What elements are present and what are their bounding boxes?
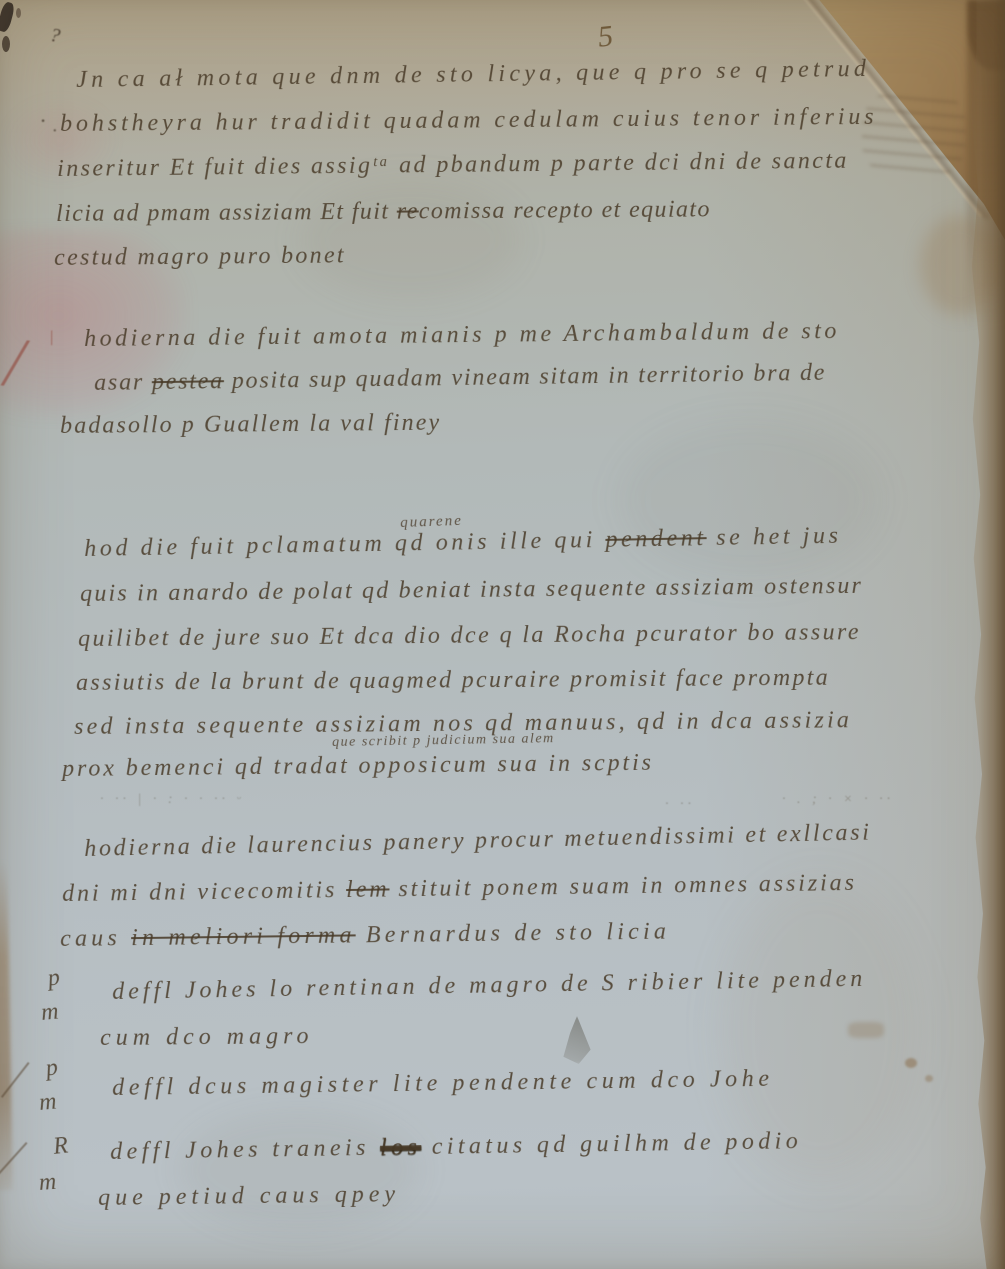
paper-mottle-2 [620, 420, 880, 580]
line-text: quilibet de jure suo Et dca dio dce q la… [78, 619, 861, 652]
manuscript-line: prox bemenci qd tradat opposicum sua in … [62, 751, 654, 781]
stray-question-mark: ? [48, 24, 62, 48]
gray-smudge [560, 1016, 594, 1064]
manuscript-line: hodierna die laurencius panery procur me… [84, 821, 872, 861]
margin-siglum-m: m [38, 1169, 57, 1197]
line-text: Jn ca ał mota que dnm de sto licya, que … [76, 56, 870, 93]
page-edge-right-top-dark [967, 0, 1005, 330]
faint-ink-ghost [848, 1022, 884, 1038]
manuscript-page: ? · · 5 Jn ca ał mota que dnm de sto lic… [0, 0, 1005, 1269]
line-text: comissa recepto et equiato [419, 196, 711, 224]
page-number: 5 [596, 19, 614, 54]
manuscript-line: hodierna die fuit amota mianis p me Arch… [84, 319, 840, 351]
line-text: cestud magro puro bonet [54, 242, 346, 271]
line-text: stituit ponem suam in omnes assizias [389, 870, 857, 903]
entry-line: deffl dcus magister lite pendente cum dc… [112, 1067, 774, 1100]
stray-dot-1: · [40, 108, 46, 134]
manuscript-line: asar pestea posita sup quadam vineam sit… [94, 361, 826, 395]
line-text-struck: lem [346, 876, 390, 903]
line-text-struck: re [397, 198, 419, 224]
ghost-marks: · ·· | · : · · ·· ᵕ [100, 793, 245, 807]
ghost-marks: · . ; · × · ·· [782, 793, 894, 807]
line-text: que scribit p judicium sua alem [332, 731, 555, 750]
line-text: quarene [400, 513, 463, 531]
line-text: deffl Johes traneis [110, 1135, 380, 1165]
page-edge-left-bottom [0, 860, 13, 1190]
show-through-text-smudge [862, 88, 966, 180]
manuscript-line: badasollo p Guallem la val finey [60, 411, 441, 438]
paper-mottle-3 [180, 1110, 420, 1230]
corner-bleed [920, 215, 1000, 315]
line-text: · . ; · × · ·· [782, 792, 894, 807]
margin-siglum-m: m [38, 1088, 58, 1116]
brown-speck-1 [905, 1058, 917, 1068]
line-text: cum dco magro [100, 1023, 314, 1051]
manuscript-line: inseritur Et fuit dies assigᵗᵃ ad pbandu… [57, 149, 849, 181]
interlinear-insert: quarene [400, 514, 463, 531]
siglum-slash [0, 1142, 27, 1179]
manuscript-line: dni mi dni vicecomitis lem stituit ponem… [62, 871, 857, 906]
line-text: posita sup quadam vineam sitam in territ… [224, 360, 827, 394]
page-edge-right [959, 0, 1005, 1269]
manuscript-line: quis in anardo de polat qd beniat insta … [80, 574, 863, 606]
corner-blot-3 [16, 8, 21, 18]
margin-siglum-m: m [40, 998, 60, 1026]
brown-speck-2 [925, 1075, 933, 1082]
line-text: hod die fuit pclamatum qd onis ille qui [84, 527, 606, 562]
line-text: se het jus [706, 523, 841, 551]
line-text: licia ad pmam assiziam Et fuit [56, 199, 397, 227]
line-text: hodierna die laurencius panery procur me… [84, 820, 872, 862]
line-text-struck: pendent [605, 525, 707, 553]
margin-caret: / [1, 322, 27, 405]
line-text: badasollo p Guallem la val finey [60, 410, 441, 439]
corner-blot-2 [2, 36, 10, 52]
line-text: asar [94, 369, 152, 396]
line-text: deffl Johes lo rentinan de magro de S ri… [112, 966, 866, 1005]
entry-line: deffl Johes lo rentinan de magro de S ri… [112, 967, 866, 1004]
corner-blot-1 [0, 1, 16, 33]
margin-siglum-p: p [44, 1054, 60, 1082]
manuscript-line: bohstheyra hur tradidit quadam cedulam c… [60, 105, 878, 136]
corner-dark-blotch [968, 0, 1005, 70]
entry-line: que petiud caus qpey [98, 1182, 400, 1210]
line-text: · ·· [665, 797, 695, 812]
line-text: que petiud caus qpey [98, 1181, 400, 1211]
manuscript-line: hod die fuit pclamatum qd onis ille qui … [84, 524, 842, 561]
interlinear-insert: que scribit p judicium sua alem [332, 732, 555, 750]
line-text: hodierna die fuit amota mianis p me Arch… [84, 318, 840, 352]
manuscript-line: assiutis de la brunt de quagmed pcuraire… [76, 666, 830, 695]
manuscript-line: cestud magro puro bonet [54, 243, 346, 270]
stray-dot-2: · [52, 120, 57, 143]
margin-siglum-R: R [52, 1132, 69, 1160]
line-text: · ·· | · : · · ·· ᵕ [100, 792, 245, 807]
line-text: Bernardus de sto licia [356, 919, 671, 949]
margin-siglum-p: p [46, 964, 62, 992]
line-text: dni mi dni vicecomitis [62, 877, 346, 907]
line-text-struck: los [380, 1134, 422, 1161]
manuscript-line: quilibet de jure suo Et dca dio dce q la… [78, 620, 861, 651]
line-text: caus [60, 925, 131, 952]
margin-caret-tick: / [44, 327, 60, 350]
line-text: quis in anardo de polat qd beniat insta … [80, 573, 863, 607]
manuscript-line: Jn ca ał mota que dnm de sto licya, que … [76, 57, 870, 92]
manuscript-line: licia ad pmam assiziam Et fuit recomissa… [56, 197, 711, 226]
entry-line: cum dco magro [100, 1024, 314, 1050]
line-text: assiutis de la brunt de quagmed pcuraire… [76, 665, 830, 696]
line-text-struck: pestea [152, 368, 224, 395]
line-text: deffl dcus magister lite pendente cum dc… [112, 1066, 774, 1101]
line-text: prox bemenci qd tradat opposicum sua in … [62, 750, 654, 782]
siglum-slash [1, 1062, 30, 1098]
line-text: citatus qd guilhm de podio [421, 1128, 802, 1160]
line-text-struck: in meliori forma [131, 922, 356, 951]
line-text: bohstheyra hur tradidit quadam cedulam c… [60, 104, 878, 137]
line-text: inseritur Et fuit dies assigᵗᵃ ad pbandu… [57, 148, 849, 182]
manuscript-line: caus in meliori forma Bernardus de sto l… [60, 920, 670, 951]
ghost-marks: · ·· [665, 798, 695, 812]
entry-line: deffl Johes traneis los citatus qd guilh… [110, 1129, 802, 1164]
